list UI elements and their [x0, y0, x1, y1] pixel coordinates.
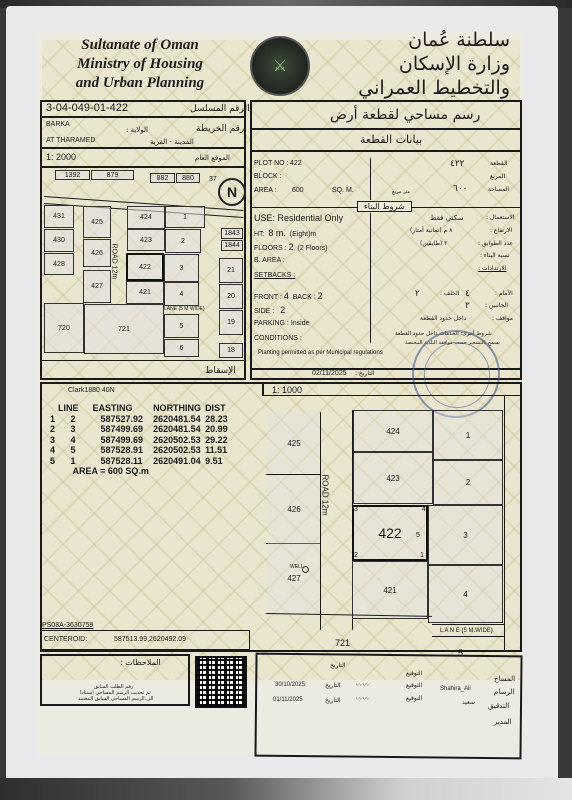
parcel: 18: [219, 343, 243, 358]
parcel: 3: [428, 505, 503, 565]
well-icon: [302, 566, 309, 573]
background-bottom: [0, 778, 572, 800]
survey-scale: 1: 1000: [272, 385, 302, 395]
sign-label-ar: التوقيع: [406, 682, 422, 689]
setbacks-label: SETBACKS :: [254, 272, 295, 279]
header-northing: NORTHING: [147, 403, 205, 414]
side-label-ar: الجانبين :: [485, 302, 508, 309]
divider: [264, 395, 522, 396]
parcel: 425: [83, 206, 111, 238]
conditions-date: 02/11/2025: [312, 370, 347, 377]
map-no-label-ar: رقم الخريطة: [196, 124, 244, 134]
scale: 1: 2000: [46, 152, 76, 162]
parcel: 421: [126, 281, 164, 304]
checker-label-ar: التدقيق: [488, 702, 509, 710]
date-label-ar: التاريخ: [325, 697, 341, 704]
barea-label: B. AREA :: [254, 257, 285, 264]
divider: [370, 213, 371, 343]
parking-label: PARKING :: [254, 320, 289, 327]
header-line-1: Sultanate of Oman: [50, 36, 230, 55]
parcel: 6: [164, 339, 199, 357]
cell-easting: 587499.69: [83, 435, 148, 446]
table-row: 23587499.692620481.5420.99: [50, 424, 232, 435]
cell-dist: 29.22: [205, 435, 232, 446]
road-label: ROAD 12m: [321, 475, 330, 516]
header-english: Sultanate of Oman Ministry of Housing an…: [50, 36, 230, 93]
centroid-label: CENTEROID:: [44, 636, 87, 643]
north-arrow-icon: N: [218, 178, 246, 206]
serial-number: 3-04-049-01-422: [46, 102, 128, 114]
back-ar: ٢: [415, 288, 420, 299]
parcel: 428: [44, 253, 74, 275]
corner-2: 2: [354, 552, 358, 559]
coordinates-table: LINE EASTING NORTHING DIST 12587527.9226…: [50, 403, 232, 477]
floors-ar: ٢ (طابقين): [420, 240, 448, 247]
signatures-box: [254, 653, 522, 760]
parcel: 426: [268, 475, 320, 543]
parcel: 880: [176, 173, 200, 183]
block-label: BLOCK :: [254, 173, 282, 180]
centroid-value: 587513.99,2620492.09: [114, 636, 186, 643]
cell-from: 4: [50, 445, 60, 456]
location-label-ar: الموقع العام: [195, 154, 230, 162]
parcel: 430: [44, 229, 74, 252]
planting-note: Planting permitted as per Municipal regu…: [258, 350, 383, 356]
area-unit: SQ. M.: [332, 187, 354, 194]
floors-value: 2: [289, 242, 294, 252]
parcel: 427: [83, 270, 111, 303]
corner-3: 3: [354, 506, 358, 513]
drafter-label-ar: الرسام: [494, 688, 514, 696]
cell-to: 4: [60, 435, 82, 446]
divider: [250, 128, 522, 130]
divider: [40, 147, 246, 149]
parcel: 2: [433, 460, 503, 505]
parking-label-ar: مواقف :: [492, 315, 513, 322]
date-label-ar: التاريخ: [325, 682, 341, 689]
side-ar: ٢: [465, 300, 470, 311]
header-ar-line-1: سلطنة عُمان: [340, 28, 510, 52]
manager-label-ar: المدير: [494, 718, 512, 726]
floors-label: FLOORS :: [254, 245, 287, 252]
header-ar-line-2: وزارة الإسكان: [340, 52, 510, 76]
table-row: 34587499.692620502.5329.22: [50, 435, 232, 446]
floors-words: (2 Floors): [298, 245, 328, 252]
parcel: 427: [268, 543, 320, 613]
section-title-ar: بيانات القطعة: [360, 133, 422, 146]
town: AT THARAMED: [46, 137, 95, 144]
front-ar: ٤: [465, 288, 470, 299]
side-label: SIDE :: [254, 308, 274, 315]
cell-easting: 587528.11: [83, 456, 148, 467]
cell-to: 3: [60, 424, 82, 435]
datum: Clark1880 40N: [68, 387, 115, 394]
surveyor-label-ar: المساح: [494, 675, 515, 683]
parcel: 1: [433, 410, 503, 460]
building-conditions-ar: شروط البناء: [357, 201, 412, 212]
table-row: 45587528.912620502.5311.51: [50, 445, 232, 456]
sign-label-ar: التوقيع: [406, 695, 422, 702]
parcel: 425: [268, 412, 320, 474]
parcel: 424: [127, 206, 165, 229]
ht-words: (Eight)m: [290, 231, 316, 238]
use-label: USE:: [254, 213, 275, 223]
cell-northing: 2620502.53: [147, 435, 205, 446]
divider: [40, 116, 246, 118]
table-row: 51587528.112620491.049.51: [50, 456, 232, 467]
parcel: 879: [91, 170, 134, 180]
ps-code: PS08A-3630759: [42, 622, 93, 629]
parcel: 1392: [55, 170, 90, 180]
table-row: 12587527.922620481.5428.23: [50, 414, 232, 425]
date-1: 30/10/2025: [275, 682, 305, 688]
corner-4: 4: [422, 506, 426, 513]
header-arabic: سلطنة عُمان وزارة الإسكان والتخطيط العمر…: [340, 28, 510, 100]
header-line-3: and Urban Planning: [50, 74, 230, 93]
parcel: 423: [127, 229, 165, 251]
signature-1: 〰〰: [355, 680, 369, 690]
ht-label-ar: الارتفاع :: [490, 227, 512, 234]
lot-line: [320, 412, 321, 630]
back-label: BACK :: [293, 294, 316, 301]
parcel: 5: [164, 314, 199, 338]
parcel: 720: [44, 303, 84, 353]
cell-easting: 587528.91: [83, 445, 148, 456]
conditions-label: CONDITIONS :: [254, 335, 302, 342]
ht-label: HT:: [254, 231, 265, 238]
barea-label-ar: نسبة البناء :: [480, 252, 510, 259]
parcel: 431: [44, 205, 74, 228]
parcel: 4: [428, 565, 503, 623]
town-label-ar: المدينة - القرية: [150, 138, 194, 146]
plot-no-ar: ٤٢٢: [450, 158, 465, 169]
parcel: 421: [352, 561, 428, 619]
cell-to: 5: [60, 445, 82, 456]
area-row: AREA = 600 SQ.m: [50, 466, 232, 477]
parcel: 424: [353, 410, 433, 452]
plot-no-label: PLOT NO :: [254, 160, 289, 167]
setbacks-label-ar: الارتدادات :: [478, 265, 506, 272]
lot-line: [504, 396, 505, 652]
divider: [40, 166, 246, 168]
sign-label-ar: التوقيع: [406, 670, 422, 677]
ht-ar: ٨ م (ثمانية أمتار): [410, 227, 452, 234]
lot-line: [432, 624, 504, 625]
cell-dist: 9.51: [205, 456, 232, 467]
cell-from: 2: [50, 424, 60, 435]
qr-code-icon[interactable]: [195, 656, 247, 708]
area-summary: AREA = 600 SQ.m: [60, 466, 231, 477]
header-easting: EASTING: [83, 403, 148, 414]
cell-northing: 2620502.53: [147, 445, 205, 456]
area-label: AREA :: [254, 187, 277, 194]
parcel: 1843: [221, 228, 243, 239]
serial-label-ar: الرقم المسلسل: [190, 104, 250, 114]
cell-from: 5: [50, 456, 60, 467]
plot-label-ar: القطعة: [490, 160, 508, 167]
area-ar: ٦٠٠: [453, 183, 468, 194]
parcel: 423: [353, 452, 433, 504]
notes-line-3: الى الرسم المساحي السابق المعتمد: [78, 696, 153, 702]
cell-northing: 2620481.54: [147, 424, 205, 435]
parcel: 1844: [221, 240, 243, 251]
projection-label-ar: الإسقاط: [205, 366, 236, 376]
document-title-ar: رسم مساحي لقطعة أرض: [330, 107, 480, 123]
checker-name: سعيد: [462, 699, 475, 706]
cell-easting: 587527.92: [83, 414, 148, 425]
area-value: 600: [292, 187, 304, 194]
road-label: ROAD 12m: [111, 244, 118, 280]
lane-label: L A N E (5 M.WIDE): [440, 628, 493, 634]
parking-value: Inside: [291, 320, 310, 327]
signature-2: 〰〰: [355, 694, 369, 704]
cell-dist: 28.23: [205, 414, 232, 425]
cell-northing: 2620481.54: [147, 414, 205, 425]
back-value: 2: [318, 291, 323, 301]
date-label-ar: التاريخ: [330, 662, 346, 669]
parcel: 1: [165, 206, 205, 228]
lane-label: LANE (5 M WIDE): [164, 306, 205, 312]
parking-ar: داخل حدود القطعة: [420, 315, 466, 322]
date-label-ar: التاريخ :: [355, 370, 375, 377]
front-label-ar: الأمام :: [495, 290, 513, 297]
table-header: LINE EASTING NORTHING DIST: [50, 403, 232, 414]
parcel-highlighted: 422: [126, 253, 164, 281]
back-label-ar: الخلف :: [440, 290, 460, 297]
corner-1: 1: [420, 552, 424, 559]
wilayat-label-ar: الولاية :: [126, 126, 148, 134]
area-label-ar: المساحة: [488, 186, 509, 193]
parcel-label: 37: [209, 176, 217, 183]
parcel: 426: [83, 239, 111, 267]
cell-from: 3: [50, 435, 60, 446]
wilayat: BARKA: [46, 121, 70, 128]
divider: [262, 382, 264, 396]
header-line: LINE: [50, 403, 83, 414]
cell-to: 2: [60, 414, 82, 425]
header-line-2: Ministry of Housing: [50, 55, 230, 74]
parcel: 882: [150, 173, 175, 183]
cell-easting: 587499.69: [83, 424, 148, 435]
parcel: 2: [165, 229, 201, 253]
parcel: 3: [164, 254, 199, 282]
cell-dist: 11.51: [205, 445, 232, 456]
area-unit-ar: متر مربع: [392, 189, 410, 195]
parcel-label: 721: [335, 638, 350, 648]
parcel: 4: [164, 282, 199, 306]
cell-to: 1: [60, 456, 82, 467]
use-value: Residential Only: [278, 213, 344, 223]
header-dist: DIST: [205, 403, 232, 414]
parcel: 721: [84, 304, 164, 354]
cell-from: 1: [50, 414, 60, 425]
oman-emblem-icon: ⚔: [250, 36, 310, 96]
parcel: 21: [219, 258, 243, 283]
corner-5: 5: [416, 532, 420, 539]
date-2: 01/11/2025: [273, 697, 303, 703]
divider: [250, 150, 522, 152]
parcel: 19: [219, 310, 243, 335]
plot-no: 422: [290, 160, 302, 167]
side-value: 2: [280, 305, 285, 315]
parcel: 20: [219, 284, 243, 309]
floors-label-ar: عدد الطوابق :: [478, 240, 513, 247]
front-label: FRONT :: [254, 294, 282, 301]
drafter-name: Shahira_Ali: [440, 686, 471, 692]
lot-line: [432, 636, 504, 637]
cell-northing: 2620491.04: [147, 456, 205, 467]
notes-label-ar: الملاحظات :: [120, 658, 161, 667]
header-ar-line-3: والتخطيط العمراني: [340, 76, 510, 100]
use-ar: سكني فقط: [430, 214, 463, 222]
divider: [370, 158, 371, 200]
ht-value: 8 m.: [268, 228, 286, 238]
use-label-ar: الاستعمال :: [486, 214, 514, 221]
divider: [40, 360, 246, 361]
cell-dist: 20.99: [205, 424, 232, 435]
front-value: 4: [284, 291, 289, 301]
block-label-ar: المربع: [490, 173, 505, 180]
